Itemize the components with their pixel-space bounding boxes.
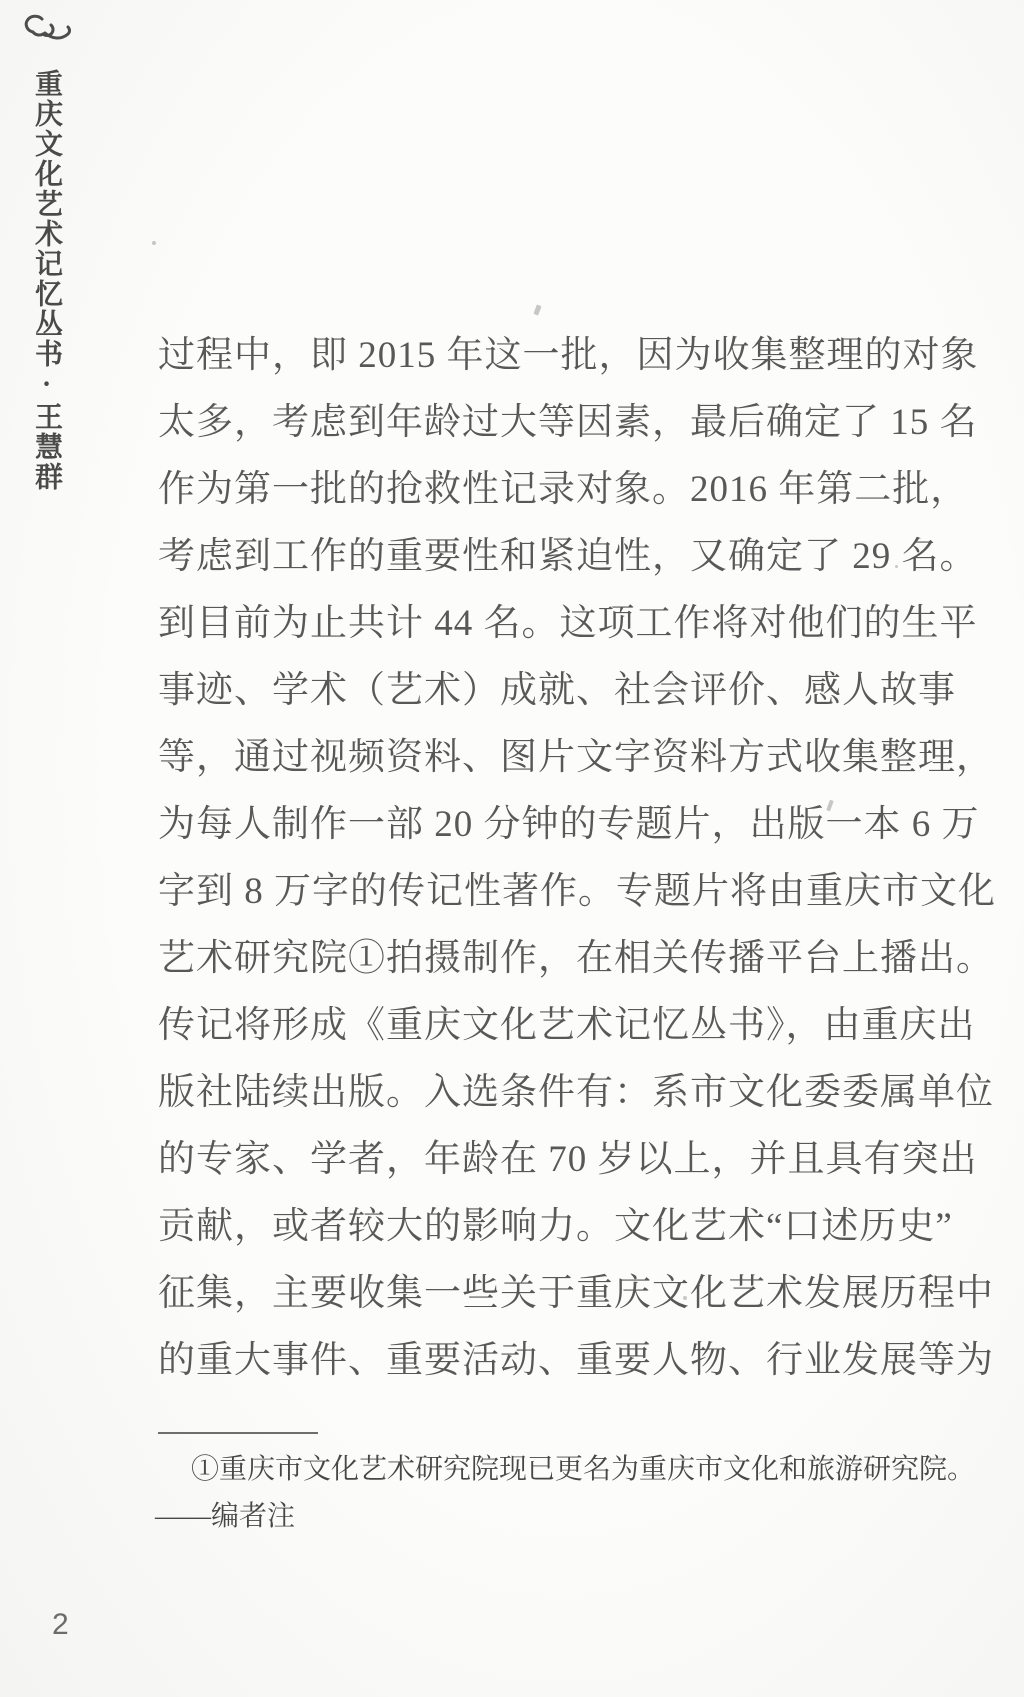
page-number: 2	[52, 1608, 69, 1642]
body-line: 字到 8 万字的传记性著作。专题片将由重庆市文化	[158, 858, 950, 925]
body-line: 作为第一批的抢救性记录对象。2016 年第二批，	[158, 456, 950, 523]
body-line: 过程中，即 2015 年这一批，因为收集整理的对象	[158, 322, 950, 389]
series-title-vertical: 重庆文化艺术记忆丛书·王慧群	[26, 69, 66, 492]
body-line: 的重大事件、重要活动、重要人物、行业发展等为	[158, 1327, 950, 1394]
scanned-book-page: 重庆文化艺术记忆丛书·王慧群 过程中，即 2015 年这一批，因为收集整理的对象…	[0, 0, 1024, 1697]
scan-speck	[895, 565, 898, 568]
scan-speck	[152, 241, 156, 245]
cloud-ornament-icon	[21, 8, 73, 55]
body-line: 事迹、学术（艺术）成就、社会评价、感人故事	[158, 657, 950, 724]
body-line: 到目前为止共计 44 名。这项工作将对他们的生平	[158, 590, 950, 657]
body-text-block: 过程中，即 2015 年这一批，因为收集整理的对象 太多，考虑到年龄过大等因素，…	[158, 322, 950, 1394]
body-line: 的专家、学者，年龄在 70 岁以上，并且具有突出	[158, 1126, 950, 1193]
scan-speck	[683, 1296, 687, 1300]
body-line: 传记将形成《重庆文化艺术记忆丛书》，由重庆出	[158, 992, 950, 1059]
body-line: 贡献，或者较大的影响力。文化艺术“口述历史”	[158, 1193, 950, 1260]
footnote-separator-rule	[158, 1432, 318, 1434]
body-line: 艺术研究院①拍摄制作，在相关传播平台上播出。	[158, 925, 950, 992]
footnote-editor-note: ——编者注	[155, 1493, 955, 1540]
scan-speck	[533, 304, 541, 315]
body-line: 考虑到工作的重要性和紧迫性，又确定了 29 名。	[158, 523, 950, 590]
body-line: 征集，主要收集一些关于重庆文化艺术发展历程中	[158, 1260, 950, 1327]
book-spine-strip: 重庆文化艺术记忆丛书·王慧群	[16, 8, 76, 492]
footnote-text: ①重庆市文化艺术研究院现已更名为重庆市文化和旅游研究院。	[155, 1446, 955, 1493]
body-line: 版社陆续出版。入选条件有：系市文化委委属单位	[158, 1059, 950, 1126]
body-line: 太多，考虑到年龄过大等因素，最后确定了 15 名	[158, 389, 950, 456]
body-line: 等，通过视频资料、图片文字资料方式收集整理，	[158, 724, 950, 791]
footnote-block: ①重庆市文化艺术研究院现已更名为重庆市文化和旅游研究院。 ——编者注	[155, 1446, 955, 1540]
